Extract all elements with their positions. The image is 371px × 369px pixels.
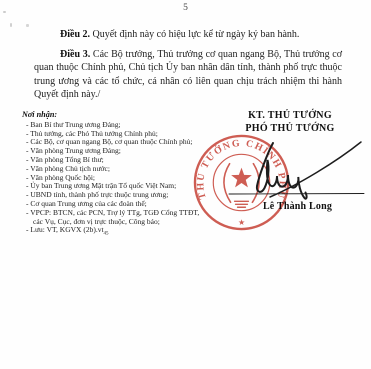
seal-bottom-star-icon: ★ [238,218,245,227]
recipient-luu-subscript: 45 [104,232,109,237]
signer-name: Lê Thành Long [240,201,355,212]
authority-line-1: KT. THỦ TƯỚNG [215,110,365,123]
recipient-item: - VPCP: BTCN, các PCN, Trợ lý TTg, TGĐ C… [26,209,209,227]
signature-authority: KT. THỦ TƯỚNG PHÓ THỦ TƯỚNG [215,110,365,135]
recipients-header: Nơi nhận: [22,111,209,120]
signature-flourish [270,142,361,197]
article-3-paragraph: Điều 3. Các Bộ trưởng, Thủ trưởng cơ qua… [34,48,342,101]
signature-baseline [229,194,364,195]
article-2-label: Điều 2. [60,29,90,40]
page-number: 5 [0,3,371,13]
scan-artifact [10,23,12,27]
scan-artifact [26,24,29,27]
article-2-text: Quyết định này có hiệu lực kể từ ngày ký… [90,29,299,40]
handwritten-signature [226,136,366,210]
recipient-item-luu: - Lưu: VT, KGVX (2b).vt45 [26,226,209,239]
document-body: Điều 2. Quyết định này có hiệu lực kể từ… [34,28,342,108]
scan-artifact [3,11,6,13]
recipient-luu-text: - Lưu: VT, KGVX (2b).vt [26,225,104,234]
article-2-paragraph: Điều 2. Quyết định này có hiệu lực kể từ… [34,28,342,41]
signature-scrawl [257,143,307,199]
recipients-list: - Ban Bí thư Trung ương Đảng; - Thủ tướn… [22,121,209,240]
recipients-section: Nơi nhận: - Ban Bí thư Trung ương Đảng; … [22,111,209,240]
article-3-label: Điều 3. [60,49,90,60]
document-page: 5 Điều 2. Quyết định này có hiệu lực kể … [0,0,371,369]
